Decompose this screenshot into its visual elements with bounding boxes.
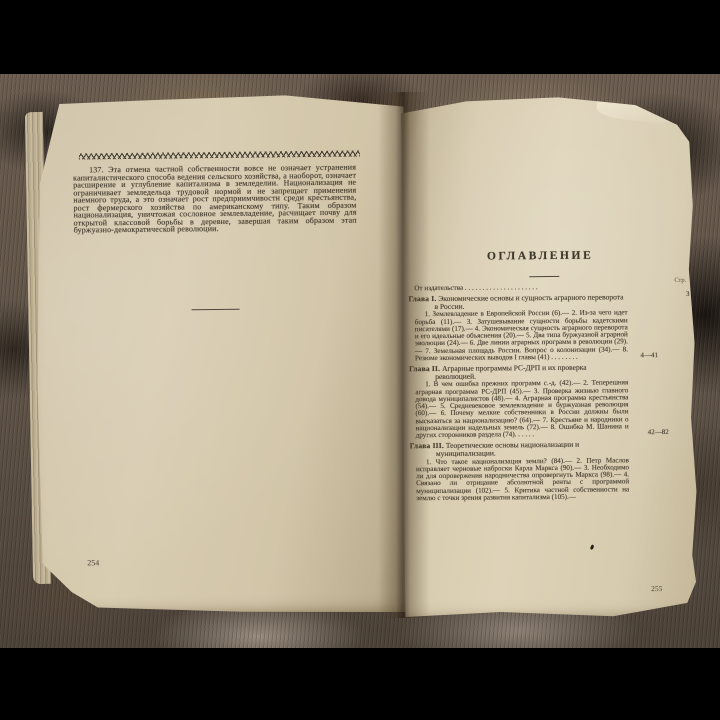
page-column-header: Стр. <box>674 277 686 284</box>
photo-scene: 137. Эта отмена частной собственности во… <box>0 0 720 720</box>
toc-entry-chapter-2: Глава II. Аграрные программы РС-ДРП и их… <box>415 364 629 440</box>
toc-entry-chapter-1: Глава I. Экономические основы и сущность… <box>414 294 628 363</box>
toc-title: ОГЛАВЛЕНИЕ <box>432 249 648 263</box>
table-of-contents: От издательства . . . . . . . . . . . . … <box>414 283 629 505</box>
chapter-title: Аграрные программы РС-ДРП и их проверка … <box>435 363 586 381</box>
chapter-title: Теоретические основы национализации и му… <box>436 440 579 458</box>
toc-entry-chapter-3: Глава III. Теоретические основы национал… <box>416 441 630 503</box>
toc-entry-front-matter: От издательства . . . . . . . . . . . . … <box>414 283 627 292</box>
ink-speck <box>590 544 595 550</box>
leader-dots: . . . . . . . . . . . . . . . . . . . . … <box>463 283 538 292</box>
chapter-sections: 1. Что такое национализация земли? (84).… <box>416 457 629 502</box>
zigzag-divider <box>79 151 360 160</box>
front-matter-page: 3 <box>686 291 690 298</box>
section-end-rule <box>192 309 240 311</box>
right-page: ОГЛАВЛЕНИЕ Стр. От издательства . . . . … <box>401 89 703 622</box>
chapter-heading: Глава III. Теоретические основы национал… <box>410 441 629 458</box>
chapter-label: Глава I. <box>408 294 436 303</box>
toc-title-rule <box>529 276 559 277</box>
left-page: 137. Эта отмена частной собственности во… <box>33 92 408 616</box>
right-page-number: 255 <box>651 584 662 593</box>
chapter-sections: 1. В чем ошибка прежних программ с.-д. (… <box>415 380 628 440</box>
chapter-sections: 1. Землевладение в Европейской России (6… <box>415 310 628 363</box>
chapter-page-range: 4—41 <box>640 352 658 359</box>
left-page-number: 254 <box>87 558 99 567</box>
chapter-page-range: 42—82 <box>648 429 669 436</box>
front-matter-label: От издательства <box>414 284 463 292</box>
footnote-text: 137. Эта отмена частной собственности во… <box>73 164 357 235</box>
